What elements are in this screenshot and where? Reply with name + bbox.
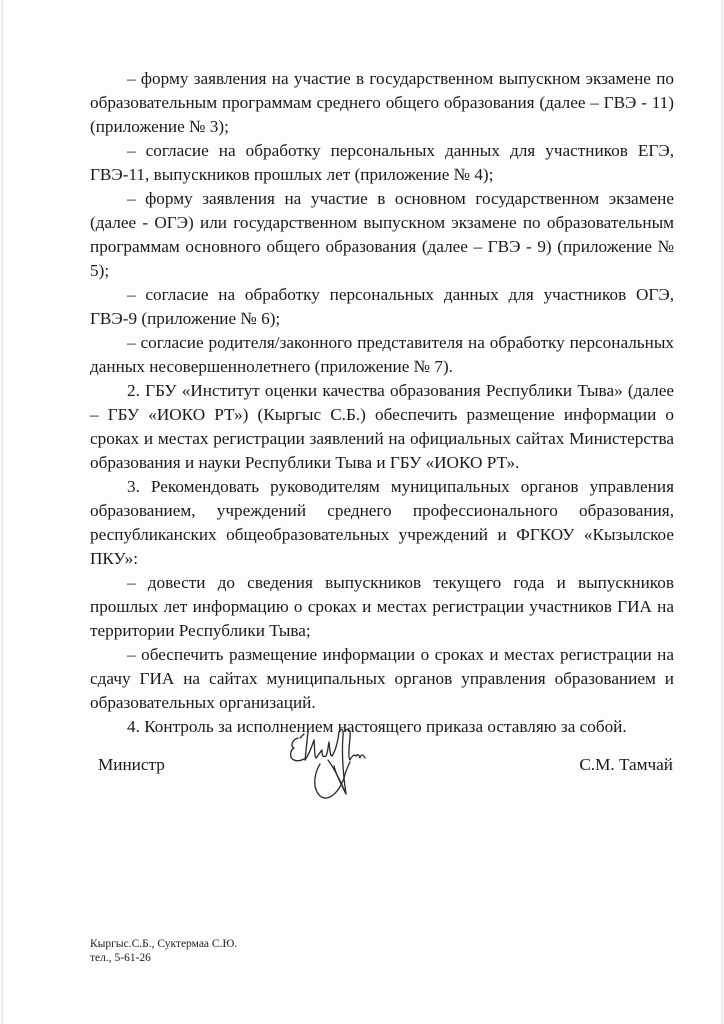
executor-phone: тел., 5-61-26 (90, 951, 237, 965)
document-page: – форму заявления на участие в государст… (0, 0, 724, 1024)
paragraph-item-2: 2. ГБУ «Институт оценки качества образов… (90, 379, 674, 475)
signatory-name: С.М. Тамчай (579, 755, 673, 775)
page-edge-right (721, 0, 723, 1024)
paragraph-item-3: 3. Рекомендовать руководителям муниципал… (90, 475, 674, 571)
paragraph-oge-consent: – согласие на обработку персональных дан… (90, 283, 674, 331)
paragraph-ege-consent: – согласие на обработку персональных дан… (90, 139, 674, 187)
paragraph-gve11-form: – форму заявления на участие в государст… (90, 67, 674, 139)
executor-names: Кыргыс.С.Б., Суктермаа С.Ю. (90, 937, 237, 951)
page-edge-left (1, 0, 3, 1024)
paragraph-publish-info: – обеспечить размещение информации о сро… (90, 643, 674, 715)
executor-footer: Кыргыс.С.Б., Суктермаа С.Ю. тел., 5-61-2… (90, 937, 237, 965)
paragraph-inform-graduates: – довести до сведения выпускников текуще… (90, 571, 674, 643)
paragraph-parent-consent: – согласие родителя/законного представит… (90, 331, 674, 379)
signatory-title: Министр (98, 755, 165, 775)
document-body: – форму заявления на участие в государст… (90, 67, 674, 739)
signature-icon (284, 726, 394, 806)
paragraph-oge-form: – форму заявления на участие в основном … (90, 187, 674, 283)
